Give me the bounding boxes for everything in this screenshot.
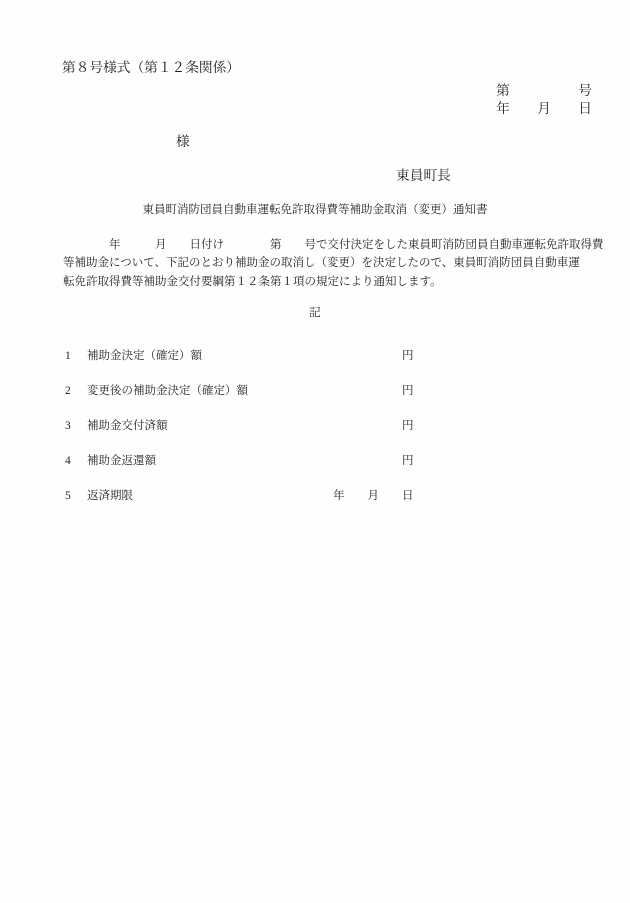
item-number: 1 <box>65 349 71 363</box>
item-number: 2 <box>65 384 71 398</box>
item-row-3: 3 補助金交付済額 円 <box>0 419 630 435</box>
item-label: 補助金決定（確定）額 <box>87 349 202 363</box>
item-unit: 円 <box>402 419 414 433</box>
document-page: 第８号様式（第１２条関係） 第 号 年 月 日 様 東員町長 東員町消防団員自動… <box>0 0 630 903</box>
item-unit: 円 <box>402 384 414 398</box>
item-row-2: 2 変更後の補助金決定（確定）額 円 <box>0 384 630 400</box>
item-unit: 円 <box>402 349 414 363</box>
item-label: 変更後の補助金決定（確定）額 <box>87 384 248 398</box>
item-row-4: 4 補助金返還額 円 <box>0 454 630 470</box>
list-marker-ki: 記 <box>0 306 630 320</box>
body-paragraph-line-3: 転免許取得費等補助金交付要綱第１２条第１項の規定により通知します。 <box>63 275 442 289</box>
body-paragraph-line-2: 等補助金について、下記のとおり補助金の取消し（変更）を決定したので、東員町消防団… <box>63 256 580 270</box>
item-number: 5 <box>65 489 71 503</box>
item-label: 補助金交付済額 <box>87 419 168 433</box>
item-unit: 円 <box>402 454 414 468</box>
form-number: 第８号様式（第１２条関係） <box>62 59 240 76</box>
document-number-field: 第 号 <box>496 82 592 99</box>
item-label: 返済期限 <box>87 489 133 503</box>
document-title: 東員町消防団員自動車運転免許取得費等補助金取消（変更）通知書 <box>0 203 630 217</box>
item-row-1: 1 補助金決定（確定）額 円 <box>0 349 630 365</box>
item-row-5: 5 返済期限 年 月 日 <box>0 489 630 505</box>
item-number: 4 <box>65 454 71 468</box>
item-label: 補助金返還額 <box>87 454 156 468</box>
item-date-field: 年 月 日 <box>333 489 414 503</box>
document-date-field: 年 月 日 <box>496 100 592 117</box>
addressee-honorific: 様 <box>176 133 190 150</box>
item-number: 3 <box>65 419 71 433</box>
body-paragraph-line-1: 年 月 日付け 第 号で交付決定をした東員町消防団員自動車運転免許取得費 <box>63 238 604 252</box>
sender-title: 東員町長 <box>396 167 451 184</box>
